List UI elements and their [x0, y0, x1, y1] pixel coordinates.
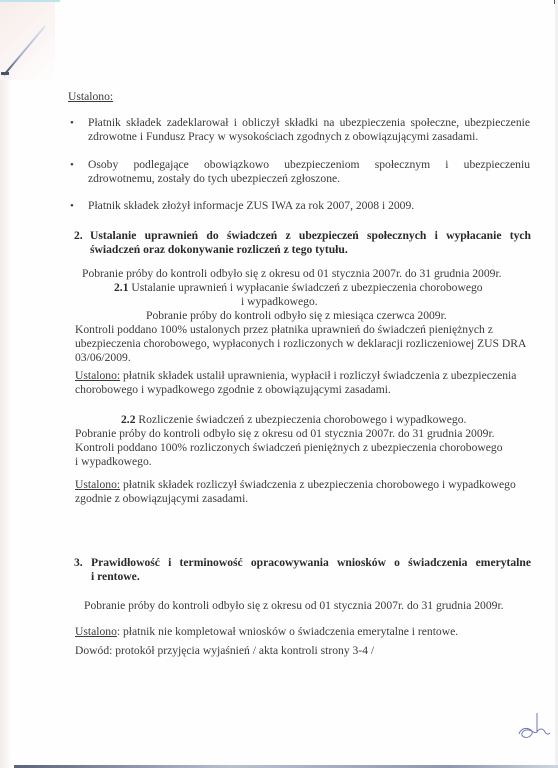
section-3-finding: Ustalono: płatnik nie kompletował wniosk…: [75, 625, 458, 639]
finding-text: płatnik składek rozliczył świadczenia z …: [120, 478, 516, 491]
subsection-2-2-body-line-2: i wypadkowego.: [75, 455, 152, 469]
section-2-sample-period: Pobranie próby do kontroli odbyło się z …: [82, 267, 502, 281]
scanned-document-page: Ustalono: • Płatnik składek zadeklarował…: [0, 0, 558, 768]
subsection-2-2-finding-line-1: Ustalono: płatnik składek rozliczył świa…: [75, 478, 516, 492]
subsection-2-1-title-line-1: 2.1 Ustalanie uprawnień i wypłacanie świ…: [114, 281, 483, 295]
bullet-2-line-2: zdrowotnemu, zostały do tych ubezpieczeń…: [88, 172, 340, 186]
subsection-2-1-number: 2.1: [114, 281, 129, 294]
bullet-icon: •: [70, 116, 74, 130]
scan-left-edge: [0, 0, 12, 768]
finding-label: Ustalono: [75, 625, 117, 638]
subsection-2-2-number: 2.2: [121, 413, 136, 426]
bullet-2-line-1: Osoby podlegające obowiązkowo ubezpiecze…: [88, 158, 530, 172]
subsection-2-1-sample-period: Pobranie próby do kontroli odbyło się z …: [146, 309, 447, 323]
subsection-2-2-sample-period: Pobranie próby do kontroli odbyło się z …: [75, 427, 495, 441]
subsection-2-1-body-line-1: Kontroli poddano 100% ustalonych przez p…: [75, 323, 493, 337]
section-2-title-line-1: Ustalanie uprawnień do świadczeń z ubezp…: [90, 229, 531, 243]
section-3-title-line-1: Prawidłowość i terminowość opracowywania…: [91, 556, 531, 570]
finding-label: Ustalono:: [75, 369, 120, 382]
subsection-2-2-body-line-1: Kontroli poddano 100% rozliczonych świad…: [75, 441, 503, 455]
subsection-2-2-title: 2.2 Rozliczenie świadczeń z ubezpieczeni…: [121, 413, 466, 427]
finding-text: płatnik składek ustalił uprawnienia, wyp…: [120, 369, 516, 382]
section-3-title-line-2: i rentowe.: [91, 570, 140, 584]
subsection-2-1-body-line-3: 03/06/2009.: [75, 351, 131, 365]
section-3-sample-period: Pobranie próby do kontroli odbyło się z …: [84, 599, 504, 613]
subsection-2-1-finding-line-1: Ustalono: płatnik składek ustalił uprawn…: [75, 369, 516, 383]
bullet-icon: •: [70, 199, 74, 213]
bullet-1-line-2: zdrowotne i Fundusz Pracy w wysokościach…: [88, 130, 478, 144]
subsection-2-1-body-line-2: ubezpieczenia chorobowego, wypłaconych i…: [75, 337, 526, 351]
section-3-evidence: Dowód: protokół przyjęcia wyjaśnień / ak…: [75, 644, 374, 658]
section-2-number: 2.: [74, 229, 83, 243]
subsection-2-2-title-text: Rozliczenie świadczeń z ubezpieczenia ch…: [136, 413, 467, 426]
subsection-2-1-title-text: Ustalanie uprawnień i wypłacanie świadcz…: [129, 281, 483, 294]
signature-initials-icon: [515, 712, 555, 742]
page-fold-mark-end: [1, 72, 9, 75]
findings-heading: Ustalono:: [68, 90, 113, 104]
bullet-1-line-1: Płatnik składek zadeklarował i obliczył …: [88, 116, 530, 130]
bullet-3-line-1: Płatnik składek złożył informacje ZUS IW…: [88, 199, 414, 213]
section-3-number: 3.: [74, 556, 83, 570]
finding-label: Ustalono:: [75, 478, 120, 491]
subsection-2-1-finding-line-2: chorobowego i wypadkowego zgodnie z obow…: [75, 383, 391, 397]
subsection-2-1-title-line-2: i wypadkowego.: [241, 295, 318, 309]
section-2-title-line-2: świadczeń oraz dokonywanie rozliczeń z t…: [90, 243, 348, 257]
scan-top-edge: [0, 0, 60, 2]
bullet-icon: •: [70, 158, 74, 172]
subsection-2-2-finding-line-2: zgodnie z obowiązującymi zasadami.: [75, 492, 248, 506]
finding-text: : płatnik nie kompletował wniosków o świ…: [117, 625, 458, 638]
